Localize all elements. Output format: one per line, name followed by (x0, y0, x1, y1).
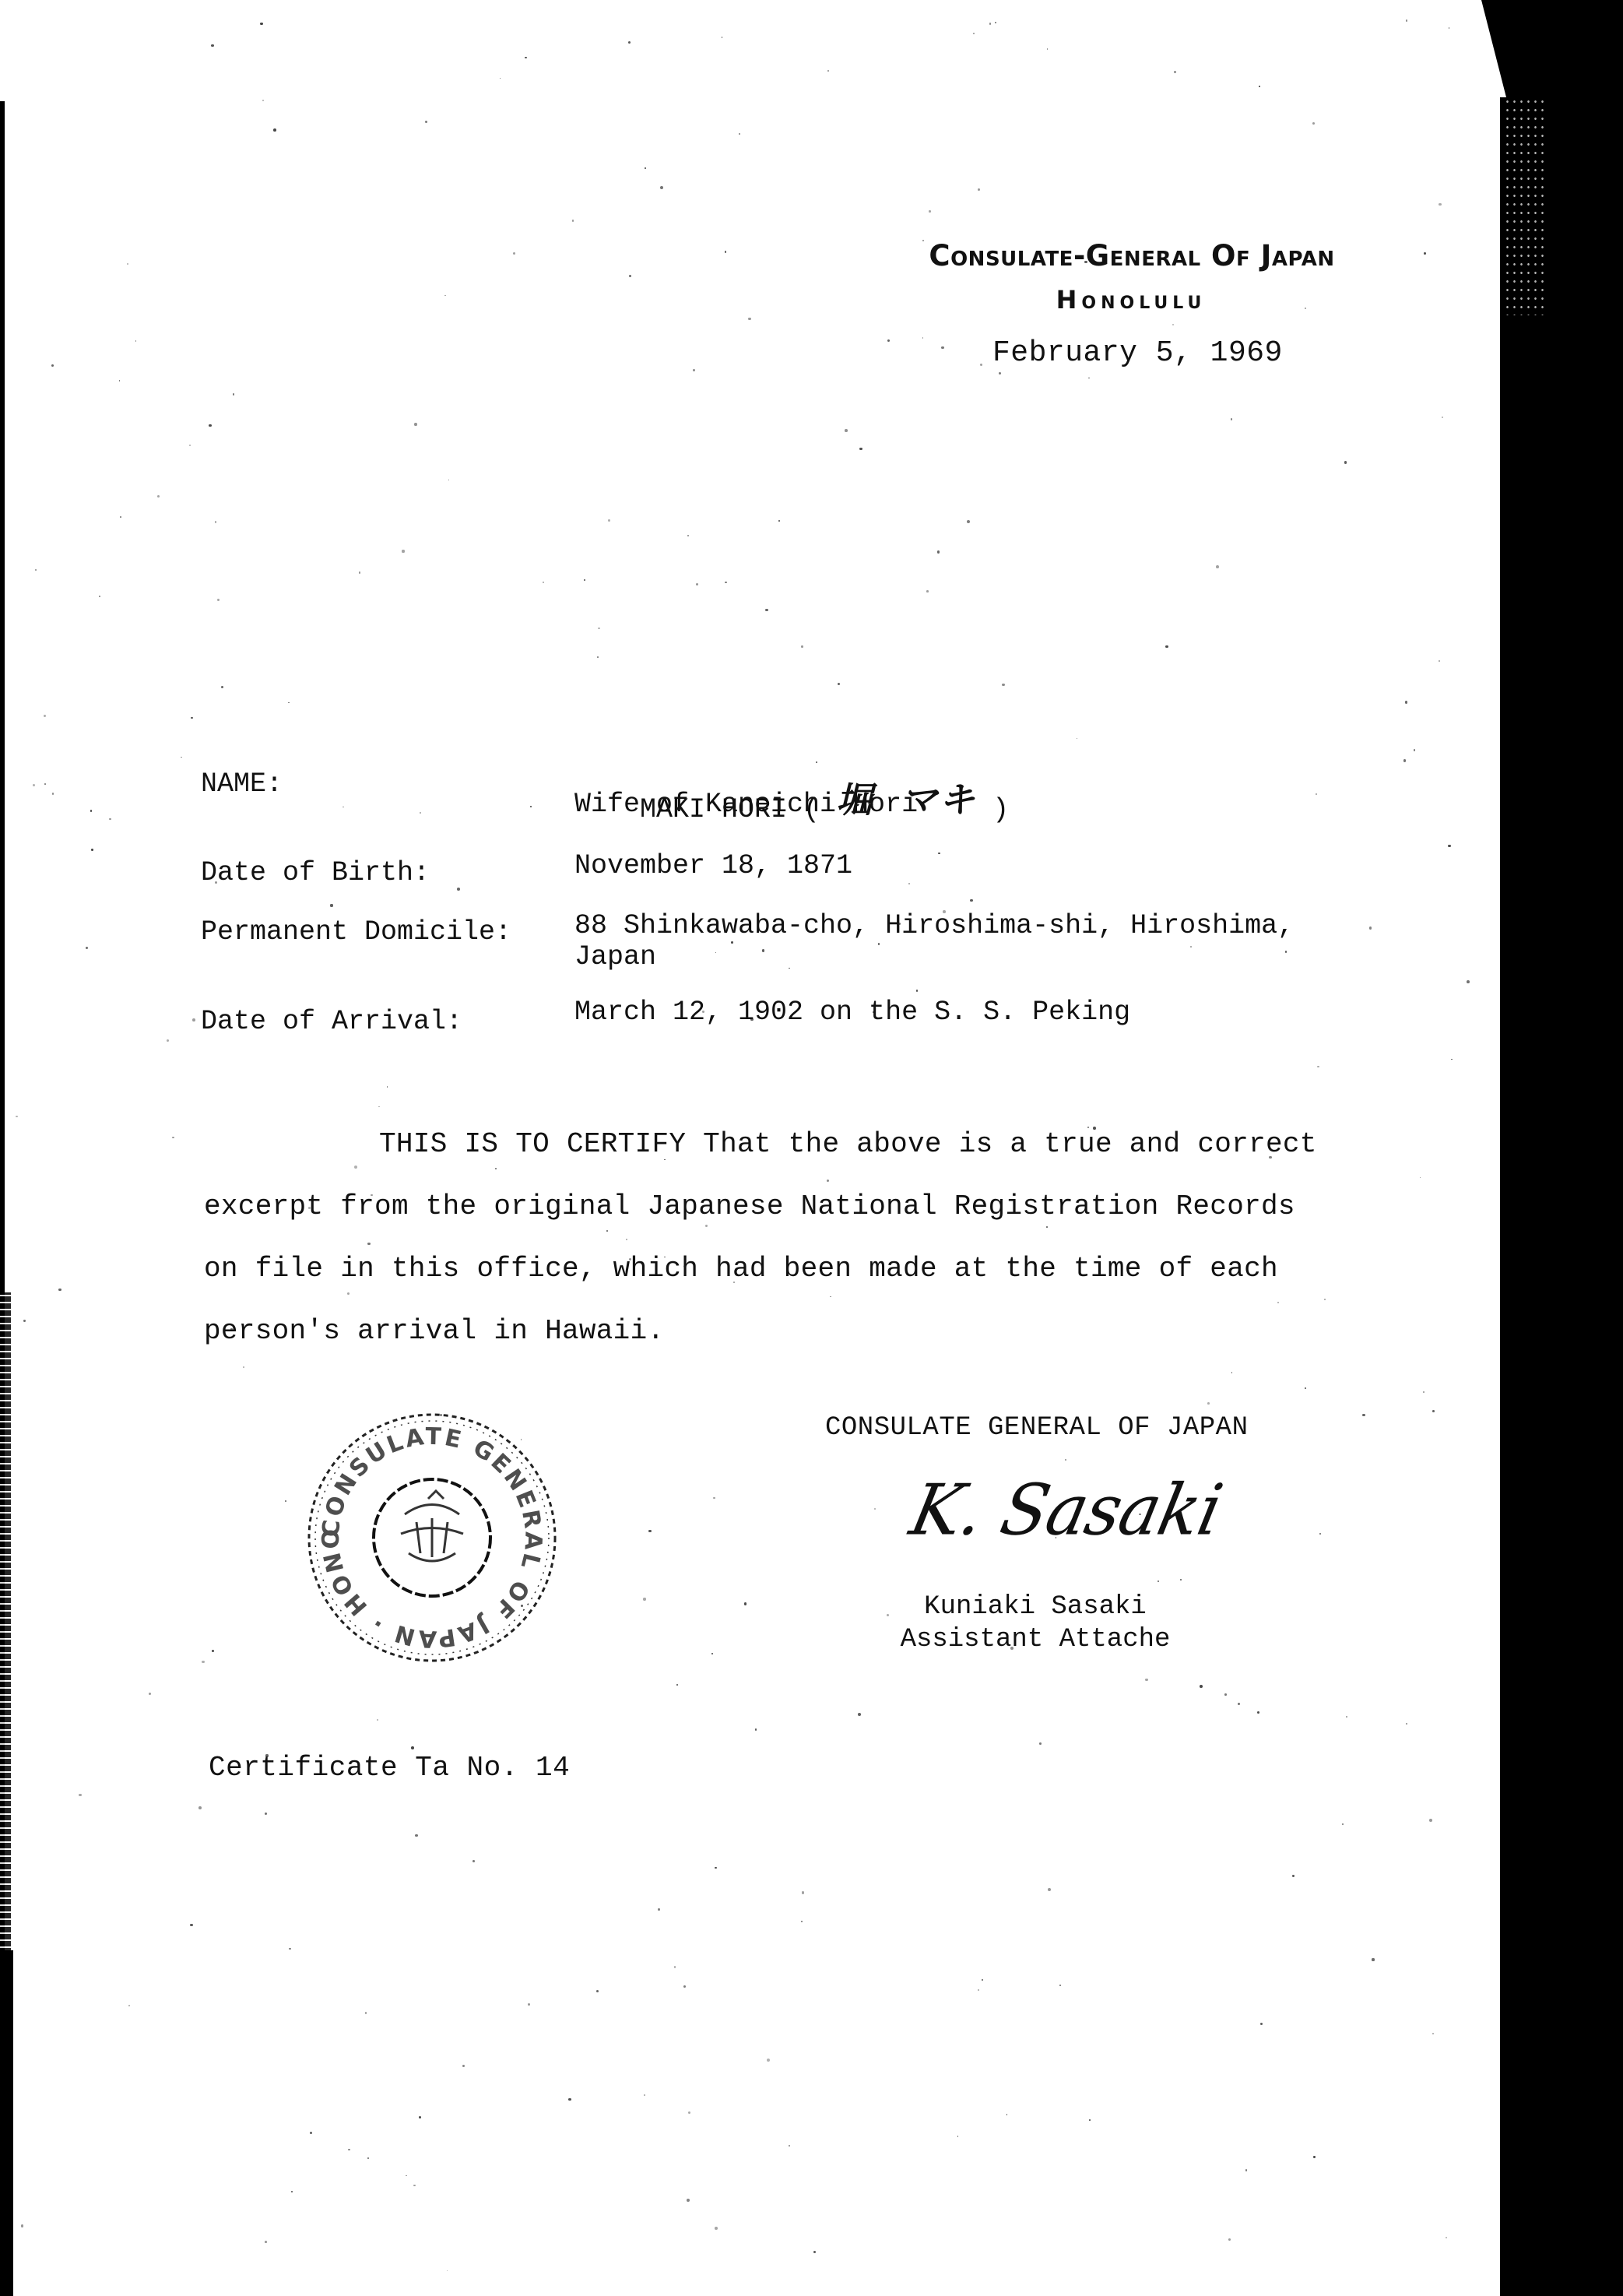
scan-speck (1305, 308, 1306, 309)
scan-speck (597, 656, 599, 658)
scan-speck (86, 947, 88, 949)
scan-speck (938, 853, 940, 854)
scan-speck (33, 784, 35, 786)
scan-speck (1180, 1579, 1182, 1580)
scan-speck (980, 364, 982, 366)
scan-speck (528, 2003, 530, 2006)
scan-speck (1231, 418, 1232, 420)
scan-speck (1446, 2237, 1447, 2238)
scan-speck (260, 23, 263, 26)
scan-speck (1369, 926, 1372, 930)
scan-speck (922, 337, 924, 339)
scan-speck (411, 1746, 414, 1749)
scan-speck (189, 445, 191, 446)
scan-speck (1207, 1402, 1210, 1405)
scan-speck (367, 2157, 369, 2159)
scan-speck (127, 263, 128, 265)
scan-speck (288, 702, 290, 704)
scan-speck (289, 1948, 291, 1950)
scan-speck (348, 2149, 350, 2150)
scan-speck (733, 1282, 735, 1283)
document-page: Consulate-General Of Japan Honolulu Febr… (0, 0, 1623, 2296)
scan-speck (916, 990, 919, 992)
scan-speck (926, 590, 929, 592)
scan-speck (1467, 980, 1470, 983)
scan-speck (989, 23, 992, 25)
scan-speck (495, 1168, 497, 1169)
scan-speck (973, 33, 975, 34)
scan-speck (1238, 1703, 1240, 1705)
scan-border-right-notch (1481, 0, 1506, 97)
scan-speck (1439, 660, 1440, 662)
scan-speck (702, 1011, 704, 1012)
scan-speck (731, 941, 733, 944)
scan-speck (1259, 86, 1260, 87)
scan-speck (447, 2270, 448, 2272)
scan-speck (629, 275, 631, 277)
scan-speck (1200, 1685, 1203, 1688)
scan-speck (674, 1966, 676, 1968)
scan-speck (262, 100, 264, 101)
scan-speck (23, 1320, 26, 1322)
scan-speck (1158, 1580, 1159, 1582)
scan-speck (1344, 461, 1347, 464)
scan-speck (1048, 1888, 1051, 1891)
scan-speck (778, 520, 780, 522)
scan-speck (715, 952, 717, 954)
scan-speck (859, 448, 862, 450)
scan-speck (444, 295, 446, 297)
scan-speck (1046, 1226, 1048, 1228)
scan-speck (1059, 1985, 1061, 1986)
scan-speck (243, 1366, 244, 1368)
scan-speck (1324, 1299, 1326, 1300)
scan-speck (762, 949, 765, 952)
scan-speck (929, 210, 931, 213)
scan-speck (688, 2111, 690, 2114)
scan-speck (402, 550, 404, 552)
scan-speck (1093, 1127, 1096, 1130)
scan-speck (16, 1116, 18, 1118)
certification-paragraph: THIS IS TO CERTIFY That the above is a t… (204, 1113, 1372, 1362)
scan-speck (44, 783, 46, 785)
scan-speck (1305, 1387, 1306, 1389)
scan-speck (500, 78, 501, 79)
scan-speck (233, 393, 234, 395)
scan-speck (664, 1257, 666, 1258)
certificate-number: Certificate Ta No. 14 (209, 1752, 570, 1784)
scan-speck (1077, 738, 1078, 740)
scan-speck (608, 519, 610, 521)
scan-speck (789, 2145, 790, 2147)
scan-speck (644, 2094, 645, 2096)
scan-speck (217, 599, 220, 601)
scan-speck (90, 810, 92, 811)
scan-speck (1451, 1059, 1453, 1060)
scan-speck (838, 683, 841, 686)
scan-speck (198, 1806, 202, 1809)
scan-speck (308, 1207, 310, 1208)
scan-speck (440, 1414, 442, 1416)
scan-border-speckle (1504, 97, 1547, 315)
scan-speck (748, 318, 751, 321)
scan-speck (978, 1989, 979, 1991)
permanent-domicile-value-line1: 88 Shinkawaba-cho, Hiroshima-shi, Hirosh… (574, 912, 1294, 939)
scan-speck (1403, 759, 1406, 761)
scan-speck (462, 2065, 465, 2067)
scan-speck (696, 583, 698, 585)
certification-line-4: person's arrival in Hawaii. (204, 1300, 1372, 1362)
scan-speck (167, 1039, 169, 1042)
scan-speck (713, 1497, 715, 1500)
scan-speck (1084, 261, 1087, 263)
scan-speck (1174, 71, 1176, 73)
scan-speck (419, 2116, 421, 2118)
scan-speck (1442, 417, 1443, 418)
signature-organization: CONSULATE GENERAL OF JAPAN (825, 1413, 1249, 1443)
scan-speck (135, 340, 137, 342)
scan-speck (596, 1990, 599, 1992)
scan-speck (957, 2136, 959, 2137)
scan-speck (908, 883, 910, 884)
scan-speck (1010, 1647, 1013, 1650)
scan-speck (1145, 1679, 1147, 1681)
scan-speck (967, 520, 970, 523)
scan-speck (693, 369, 695, 371)
scan-speck (1423, 1391, 1425, 1393)
scan-speck (845, 429, 848, 432)
scan-speck (676, 1684, 678, 1686)
scan-speck (354, 1166, 357, 1169)
scan-speck (1039, 1742, 1042, 1745)
scan-speck (265, 2241, 267, 2243)
scan-speck (190, 1924, 193, 1927)
scan-speck (687, 2199, 690, 2202)
scan-speck (221, 686, 223, 688)
scan-speck (568, 2098, 571, 2101)
scan-speck (1260, 2023, 1263, 2026)
scan-speck (1449, 27, 1450, 29)
scan-speck (878, 943, 880, 944)
scan-speck (1439, 203, 1442, 206)
scan-speck (420, 812, 421, 814)
scan-speck (970, 899, 972, 902)
scan-speck (387, 1086, 388, 1088)
scan-speck (765, 609, 768, 612)
scan-speck (725, 251, 727, 253)
scan-speck (789, 968, 790, 969)
scan-speck (1362, 1414, 1365, 1416)
scan-speck (172, 1137, 174, 1139)
scan-speck (212, 1650, 214, 1652)
scan-speck (1313, 2156, 1315, 2157)
scan-speck (21, 2224, 23, 2227)
scan-speck (1088, 378, 1090, 379)
scan-speck (873, 1011, 874, 1013)
permanent-domicile-value-line2: Japan (574, 944, 656, 970)
scan-speck (922, 240, 924, 241)
scan-speck (664, 1159, 666, 1161)
scan-speck (1292, 1875, 1294, 1876)
scan-speck (1165, 645, 1168, 648)
scan-border-left-noise (0, 1292, 11, 1950)
scan-speck (330, 904, 332, 906)
scan-speck (943, 910, 946, 913)
scan-speck (658, 1908, 660, 1911)
scan-speck (448, 480, 450, 481)
scan-speck (1372, 1958, 1374, 1960)
scan-speck (722, 37, 723, 38)
scan-speck (211, 44, 213, 47)
scan-speck (874, 1508, 876, 1510)
scan-speck (1089, 2119, 1091, 2121)
letterhead-city: Honolulu (861, 287, 1401, 312)
scan-speck (1346, 1716, 1347, 1718)
scan-speck (683, 1985, 686, 1988)
certification-line-1: THIS IS TO CERTIFY That the above is a t… (204, 1113, 1372, 1176)
scan-speck (1190, 946, 1192, 948)
scan-speck (79, 1794, 82, 1797)
scan-speck (755, 1728, 757, 1731)
scan-speck (999, 372, 1001, 374)
scan-speck (1172, 324, 1174, 325)
scan-speck (687, 535, 689, 536)
scan-speck (1406, 19, 1407, 21)
scan-speck (378, 1106, 380, 1108)
scan-speck (978, 188, 980, 191)
scan-speck (660, 186, 663, 189)
scan-speck (572, 220, 574, 222)
scan-speck (858, 1713, 861, 1716)
scan-speck (120, 516, 121, 518)
name-relation: Wife of Kaneichi Hori (574, 791, 918, 817)
scan-speck (715, 1867, 717, 1869)
scan-speck (645, 167, 646, 169)
scan-speck (128, 2005, 130, 2006)
scan-speck (310, 2132, 312, 2134)
scan-speck (273, 128, 276, 132)
scan-speck (513, 252, 515, 255)
scan-speck (521, 1605, 523, 1607)
date-of-arrival-value: March 12, 1902 on the S. S. Peking (574, 999, 1130, 1025)
scan-speck (725, 582, 727, 584)
scan-speck (192, 1018, 195, 1021)
scan-speck (628, 41, 631, 44)
scan-speck (1319, 1533, 1321, 1535)
scan-speck (715, 2227, 718, 2230)
name-close-paren: ) (976, 794, 1009, 825)
scan-border-left-bottom (0, 1950, 13, 2296)
date-of-birth-value: November 18, 1871 (574, 853, 852, 879)
permanent-domicile-label: Permanent Domicile: (201, 919, 511, 945)
scan-speck (1257, 1711, 1259, 1714)
scan-speck (343, 807, 344, 808)
scan-speck (802, 1891, 805, 1894)
scan-speck (995, 22, 996, 23)
scan-speck (91, 849, 93, 851)
scan-speck (1448, 845, 1450, 847)
scan-speck (659, 867, 661, 870)
scan-speck (750, 1018, 754, 1021)
scan-speck (215, 521, 217, 523)
scan-border-right-strip (1500, 97, 1506, 2296)
certification-line-2: excerpt from the original Japanese Natio… (204, 1176, 1372, 1238)
scan-speck (1006, 2114, 1008, 2115)
scan-speck (1424, 252, 1426, 255)
scan-speck (530, 806, 532, 807)
scan-speck (543, 582, 544, 583)
scan-speck (887, 339, 890, 342)
scan-speck (44, 715, 46, 717)
scan-speck (1342, 1823, 1344, 1825)
scan-speck (265, 1754, 268, 1756)
scan-speck (941, 346, 944, 350)
consulate-seal-icon: CONSULATE GENERAL OF JAPAN · HONOLULU (300, 1405, 564, 1670)
scan-speck (525, 57, 526, 58)
scan-speck (1231, 1372, 1233, 1373)
scan-speck (643, 1598, 645, 1600)
scan-speck (648, 1530, 652, 1533)
scan-speck (816, 761, 817, 763)
scan-speck (415, 1834, 418, 1837)
scan-speck (457, 888, 460, 891)
scan-speck (191, 717, 193, 719)
scan-speck (767, 2059, 770, 2062)
scan-speck (51, 364, 54, 367)
scan-speck (813, 2251, 816, 2253)
scan-speck (1414, 749, 1416, 751)
scan-speck (209, 424, 211, 427)
scan-speck (1047, 48, 1049, 50)
scan-speck (1269, 1156, 1271, 1159)
handwritten-signature: K. Sasaki (904, 1470, 1228, 1552)
scan-speck (472, 1860, 475, 1862)
scan-speck (365, 2012, 367, 2014)
scan-speck (52, 793, 54, 795)
scan-speck (291, 2191, 293, 2192)
scan-speck (99, 596, 101, 598)
scan-speck (413, 2185, 416, 2187)
scan-speck (1406, 1723, 1407, 1725)
scan-speck (377, 1719, 378, 1721)
scan-speck (1285, 951, 1287, 952)
scan-speck (937, 550, 940, 553)
date-of-birth-label: Date of Birth: (201, 860, 430, 886)
scan-speck (149, 1693, 151, 1695)
date-of-arrival-label: Date of Arrival: (201, 1008, 462, 1035)
scan-speck (1216, 565, 1219, 568)
scan-speck (739, 133, 740, 135)
scan-speck (584, 579, 585, 581)
scan-speck (801, 645, 803, 647)
scan-speck (414, 423, 417, 426)
scan-speck (109, 818, 111, 820)
certification-line-3: on file in this office, which had been m… (204, 1238, 1372, 1300)
scan-speck (202, 1661, 205, 1664)
scan-speck (265, 1813, 267, 1815)
scan-speck (1245, 2169, 1248, 2171)
scan-speck (801, 1921, 803, 1922)
scan-speck (58, 1289, 61, 1291)
scan-speck (1432, 1410, 1435, 1412)
scan-border-right (1506, 0, 1623, 2296)
letterhead: Consulate-General Of Japan Honolulu (856, 241, 1401, 312)
signatory-name: Kuniaki Sasaki (778, 1588, 1292, 1626)
scan-speck (1065, 1459, 1066, 1461)
scan-speck (406, 2175, 407, 2177)
scan-speck (982, 1979, 983, 1981)
scan-speck (827, 70, 829, 72)
scan-speck (598, 628, 600, 630)
scan-speck (181, 757, 182, 758)
scan-speck (1420, 1177, 1421, 1179)
scan-speck (1432, 2033, 1434, 2034)
signatory-title: Assistant Attache (778, 1621, 1292, 1658)
scan-speck (157, 495, 160, 498)
name-label: NAME: (201, 771, 283, 797)
scan-speck (119, 380, 121, 381)
letterhead-organization: Consulate-General Of Japan (862, 241, 1401, 270)
scan-speck (1312, 122, 1315, 125)
scan-speck (1228, 2238, 1231, 2241)
document-date: February 5, 1969 (992, 336, 1283, 370)
scan-speck (1224, 1693, 1227, 1696)
scan-speck (711, 1653, 713, 1654)
scan-speck (425, 121, 427, 123)
scan-speck (285, 1500, 286, 1502)
scan-speck (35, 569, 37, 571)
scan-speck (1002, 684, 1004, 686)
scan-speck (1429, 1819, 1432, 1822)
scan-speck (1316, 793, 1317, 795)
scan-speck (359, 571, 360, 573)
scan-speck (744, 1602, 747, 1605)
scan-speck (1317, 1066, 1319, 1067)
scan-speck (1405, 701, 1408, 704)
